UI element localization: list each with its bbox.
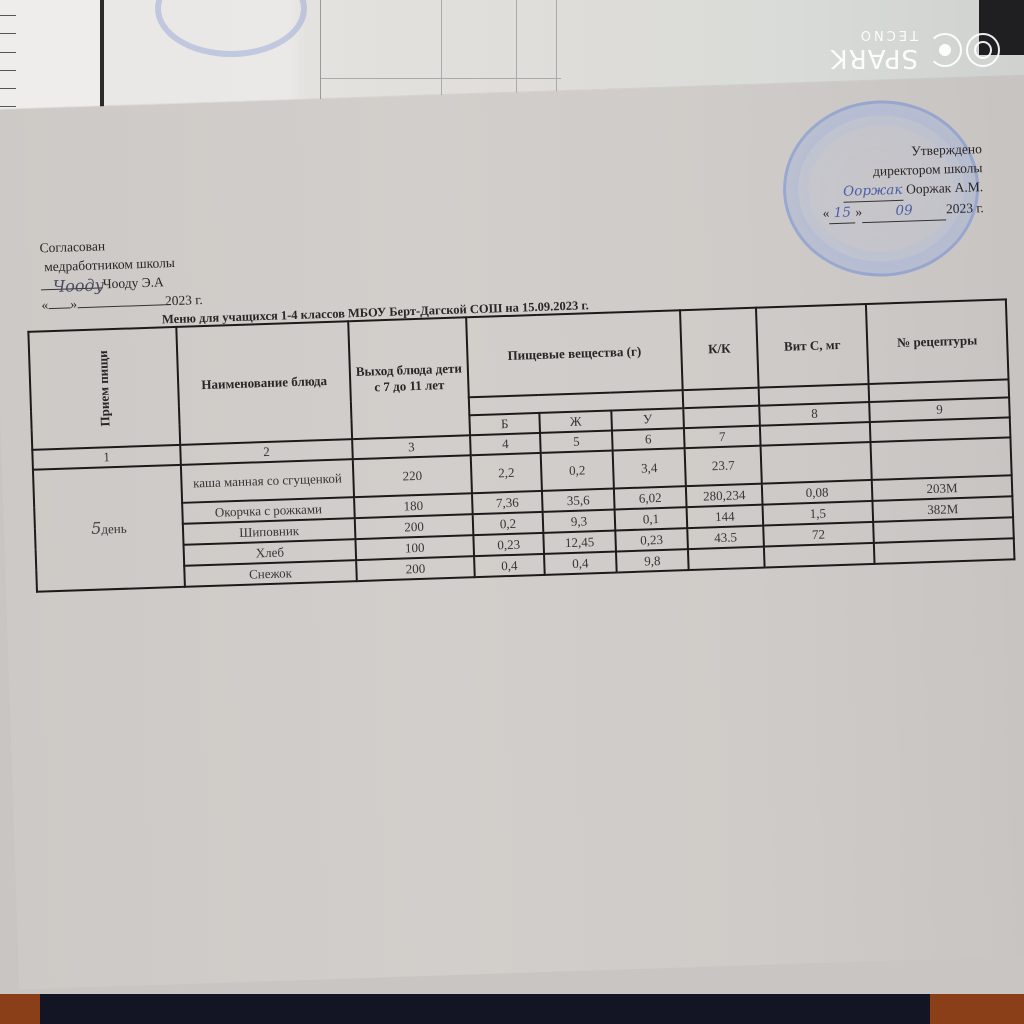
header-dish: Наименование блюда <box>176 321 352 445</box>
protein: 0,2 <box>473 512 544 535</box>
recipe-number <box>874 538 1015 564</box>
carbs: 9,8 <box>616 549 689 572</box>
dish-yield: 200 <box>356 556 475 581</box>
header-vitc: Вит С, мг <box>756 304 869 388</box>
watermark-brand-spark: SPARK <box>830 46 918 72</box>
menu-document: Согласован медработником школы Чооду Чоо… <box>0 75 1024 990</box>
fat: 35,6 <box>542 489 615 512</box>
tecno-logo-icon <box>928 33 1000 67</box>
header-zh: Ж <box>539 411 612 433</box>
fat: 9,3 <box>543 510 616 533</box>
vitamin-c <box>761 442 872 484</box>
dish-name: Снежок <box>184 560 357 587</box>
approval-month: 09 <box>895 202 913 219</box>
day-label: день <box>101 520 127 536</box>
meal-day-cell: 5день <box>33 465 185 592</box>
protein: 0,4 <box>474 554 545 577</box>
header-b: Б <box>469 413 540 435</box>
vitamin-c <box>764 543 875 568</box>
approval-day: 15 <box>834 205 852 222</box>
protein: 0,23 <box>473 533 544 556</box>
fat: 12,45 <box>543 530 616 553</box>
fat: 0,4 <box>544 551 617 574</box>
col-number-7: 7 <box>684 426 761 449</box>
director-signature: Ооржак <box>843 182 903 200</box>
calories: 43.5 <box>687 526 764 550</box>
camera-watermark: SPARK TECNO <box>800 20 1000 80</box>
approval-medic-block: Согласован медработником школы Чооду Чоо… <box>39 233 203 314</box>
director-name: Ооржак А.М. <box>906 179 983 197</box>
header-nutrients: Пищевые вещества (г) <box>466 310 683 397</box>
header-yield: Выход блюда дети с 7 до 11 лет <box>348 317 470 439</box>
header-recipe: № рецептуры <box>866 299 1009 384</box>
carbs: 0,23 <box>615 528 688 551</box>
kk-blank <box>683 406 760 429</box>
recipe-number <box>870 437 1011 480</box>
dish-name: каша манная со сгущенкой <box>181 459 354 503</box>
medic-year: 2023 г. <box>165 292 203 308</box>
fat: 0,2 <box>541 451 614 491</box>
quote-open: « <box>41 297 48 312</box>
calories <box>688 547 765 571</box>
protein: 7,36 <box>472 491 543 514</box>
medic-signature: Чооду <box>53 275 105 296</box>
day-blank <box>48 307 70 309</box>
quote-close: » <box>70 296 77 311</box>
month-blank <box>77 304 165 308</box>
medic-name: Чооду Э.А <box>103 274 164 291</box>
header-meal: Прием пищи <box>28 327 180 450</box>
col-number-6: 6 <box>612 428 685 450</box>
desk-edge <box>0 994 1024 1024</box>
col-number-5: 5 <box>540 431 613 453</box>
header-u: У <box>611 408 684 430</box>
signature-line: Чооду <box>41 287 103 290</box>
header-kk: К/К <box>680 308 759 390</box>
carbs: 6,02 <box>614 486 687 509</box>
watermark-brand-tecno: TECNO <box>830 29 918 42</box>
director-year: 2023 г. <box>946 200 984 216</box>
calories: 23.7 <box>685 446 762 486</box>
dish-yield: 220 <box>353 455 472 497</box>
carbs: 3,4 <box>613 448 686 488</box>
carbs: 0,1 <box>615 507 688 530</box>
calories: 280,234 <box>686 484 763 508</box>
calories: 144 <box>687 505 764 529</box>
menu-table: Прием пищи Наименование блюда Выход блюд… <box>27 298 1015 592</box>
protein: 2,2 <box>471 453 542 493</box>
approval-director-block: Утверждено директором школы Ооржак Ооржа… <box>752 139 985 227</box>
col-number-4: 4 <box>470 433 541 455</box>
signature-line: Ооржак <box>842 180 903 203</box>
